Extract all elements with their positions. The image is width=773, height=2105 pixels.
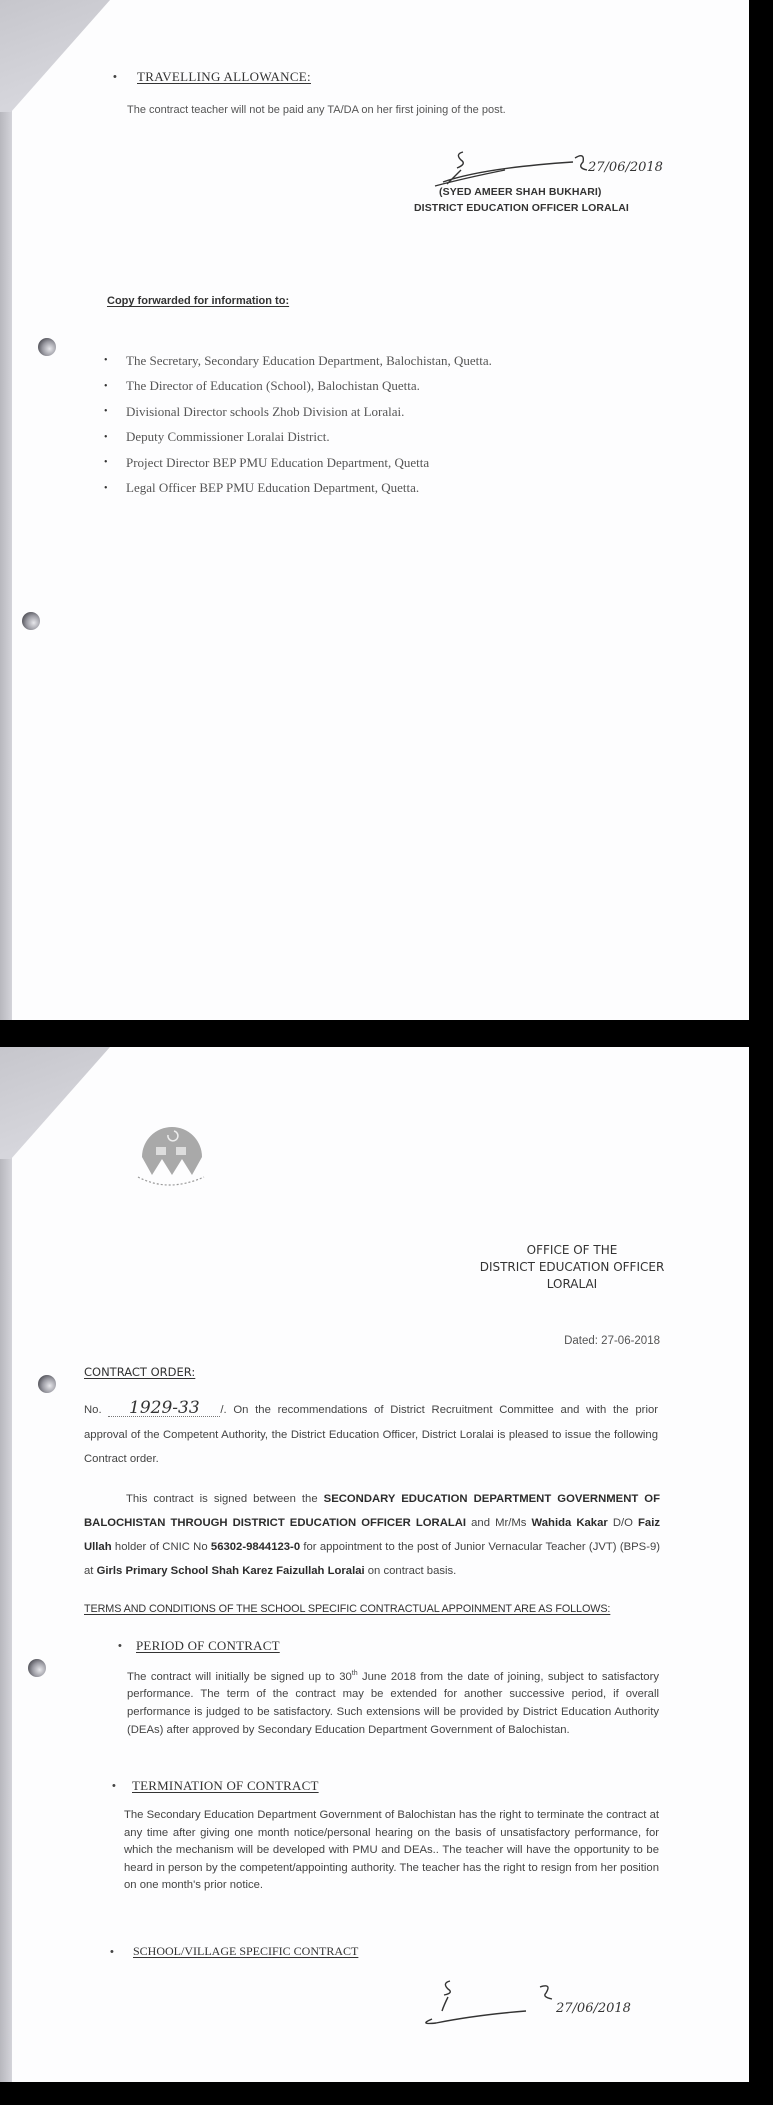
office-line-2: DISTRICT EDUCATION OFFICER <box>412 1259 732 1276</box>
termination-text: The Secondary Education Department Gover… <box>124 1807 659 1895</box>
agreement-paragraph: This contract is signed between the SECO… <box>84 1487 660 1583</box>
signatory-name: (SYED AMEER SHAH BUKHARI) <box>439 186 602 198</box>
signature-date: 27/06/2018 <box>588 160 663 175</box>
office-line-1: OFFICE OF THE <box>412 1242 732 1259</box>
bullet-icon: • <box>104 483 126 494</box>
recipient-text: The Director of Education (School), Balo… <box>126 378 420 394</box>
bullet-icon: • <box>104 381 126 392</box>
order-no-label: No. <box>84 1404 102 1416</box>
recipient-text: Project Director BEP PMU Education Depar… <box>126 455 429 471</box>
teacher-name: Wahida Kakar <box>532 1517 608 1529</box>
bullet-icon: • <box>104 406 126 417</box>
agreement-text: This contract is signed between the <box>126 1493 324 1505</box>
recipient-item: •The Secretary, Secondary Education Depa… <box>104 348 492 374</box>
bullet-icon: • <box>104 457 126 468</box>
page-edge-shadow <box>0 1047 12 2082</box>
punch-hole-icon <box>38 1375 56 1393</box>
recipients-list: •The Secretary, Secondary Education Depa… <box>104 348 492 501</box>
agreement-text: and Mr/Ms <box>466 1517 531 1529</box>
bullet-icon: • <box>104 355 126 366</box>
order-intro-paragraph: No. 1929-33/. On the recommendations of … <box>84 1398 658 1472</box>
recipient-item: •Legal Officer BEP PMU Education Departm… <box>104 476 492 502</box>
agreement-text: holder of CNIC No <box>112 1541 211 1553</box>
terms-heading: TERMS AND CONDITIONS OF THE SCHOOL SPECI… <box>84 1603 610 1615</box>
agreement-text: on contract basis. <box>365 1565 457 1577</box>
order-number: 1929-33 <box>108 1400 220 1417</box>
bullet-icon: • <box>113 71 117 83</box>
recipient-item: •Divisional Director schools Zhob Divisi… <box>104 399 492 425</box>
recipient-item: •Deputy Commissioner Loralai District. <box>104 425 492 451</box>
dated-label: Dated: 27-06-2018 <box>540 1335 660 1347</box>
recipient-text: Deputy Commissioner Loralai District. <box>126 429 330 445</box>
bullet-icon: • <box>104 432 126 443</box>
recipient-text: Legal Officer BEP PMU Education Departme… <box>126 480 419 496</box>
cnic-number: 56302-9844123-0 <box>211 1541 300 1553</box>
bullet-icon: • <box>110 1946 114 1958</box>
office-header: OFFICE OF THE DISTRICT EDUCATION OFFICER… <box>412 1242 732 1293</box>
recipient-text: Divisional Director schools Zhob Divisio… <box>126 404 404 420</box>
signature-date: 27/06/2018 <box>556 2001 631 2016</box>
punch-hole-icon <box>22 612 40 630</box>
recipient-text: The Secretary, Secondary Education Depar… <box>126 353 492 369</box>
school-name: Girls Primary School Shah Karez Faizulla… <box>97 1565 365 1577</box>
termination-heading: TERMINATION OF CONTRACT <box>132 1778 319 1794</box>
period-text: The contract will initially be signed up… <box>127 1671 352 1683</box>
signatory-title: DISTRICT EDUCATION OFFICER LORALAI <box>414 202 629 214</box>
recipient-item: •The Director of Education (School), Bal… <box>104 374 492 400</box>
recipient-item: •Project Director BEP PMU Education Depa… <box>104 450 492 476</box>
government-emblem-icon <box>130 1117 214 1197</box>
copy-forwarded-heading: Copy forwarded for information to: <box>107 295 289 307</box>
contract-order-heading: CONTRACT ORDER: <box>84 1365 195 1379</box>
travelling-allowance-heading: TRAVELLING ALLOWANCE: <box>137 69 311 85</box>
folded-corner <box>0 1047 110 1159</box>
punch-hole-icon <box>38 338 56 356</box>
document-page-1: • TRAVELLING ALLOWANCE: The contract tea… <box>0 0 749 1020</box>
punch-hole-icon <box>28 1659 46 1677</box>
document-page-2: OFFICE OF THE DISTRICT EDUCATION OFFICER… <box>0 1047 749 2082</box>
office-line-3: LORALAI <box>412 1276 732 1293</box>
agreement-text: D/O <box>608 1517 638 1529</box>
page-edge-shadow <box>0 0 12 1020</box>
period-of-contract-heading: PERIOD OF CONTRACT <box>136 1638 280 1654</box>
period-of-contract-text: The contract will initially be signed up… <box>127 1665 659 1739</box>
bullet-icon: • <box>112 1780 116 1792</box>
school-specific-contract-heading: SCHOOL/VILLAGE SPECIFIC CONTRACT <box>133 1944 358 1959</box>
folded-corner <box>0 0 110 112</box>
bullet-icon: • <box>118 1640 122 1652</box>
travelling-allowance-text: The contract teacher will not be paid an… <box>127 104 506 116</box>
